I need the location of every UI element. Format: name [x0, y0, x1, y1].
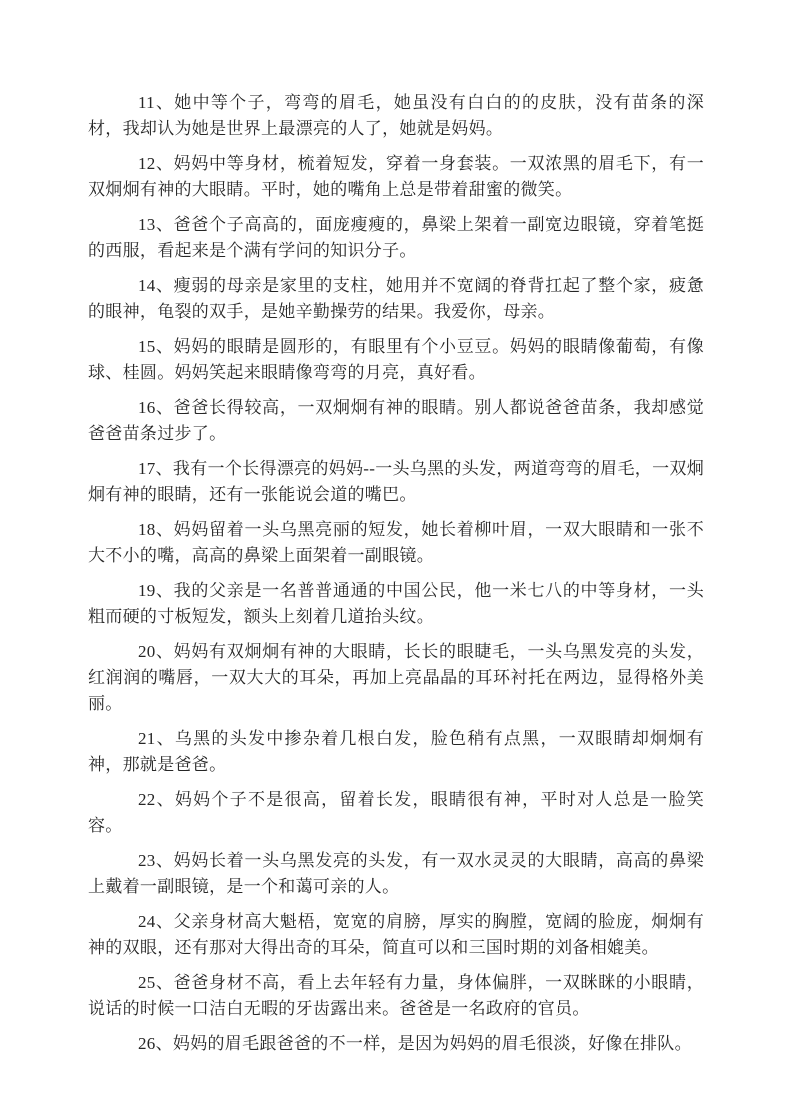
document-page: 11、她中等个子，弯弯的眉毛，她虽没有白白的的皮肤，没有苗条的深材，我却认为她是…	[0, 0, 792, 1120]
paragraph-11: 11、她中等个子，弯弯的眉毛，她虽没有白白的的皮肤，没有苗条的深材，我却认为她是…	[88, 90, 704, 142]
paragraph-26: 26、妈妈的眉毛跟爸爸的不一样，是因为妈妈的眉毛很淡，好像在排队。	[88, 1031, 704, 1057]
paragraph-20: 20、妈妈有双炯炯有神的大眼睛，长长的眼睫毛，一头乌黑发亮的头发，红润润的嘴唇，…	[88, 639, 704, 717]
paragraph-23: 23、妈妈长着一头乌黑发亮的头发，有一双水灵灵的大眼睛，高高的鼻梁上戴着一副眼镜…	[88, 848, 704, 900]
paragraph-22: 22、妈妈个子不是很高，留着长发，眼睛很有神，平时对人总是一脸笑容。	[88, 787, 704, 839]
paragraph-15: 15、妈妈的眼睛是圆形的，有眼里有个小豆豆。妈妈的眼睛像葡萄，有像球、桂圆。妈妈…	[88, 334, 704, 386]
paragraph-21: 21、乌黑的头发中掺杂着几根白发，脸色稍有点黑，一双眼睛却炯炯有神，那就是爸爸。	[88, 726, 704, 778]
paragraph-19: 19、我的父亲是一名普普通通的中国公民，他一米七八的中等身材，一头粗而硬的寸板短…	[88, 578, 704, 630]
paragraph-24: 24、父亲身材高大魁梧，宽宽的肩膀，厚实的胸膛，宽阔的脸庞，炯炯有神的双眼，还有…	[88, 909, 704, 961]
paragraph-25: 25、爸爸身材不高，看上去年轻有力量，身体偏胖，一双眯眯的小眼睛，说话的时候一口…	[88, 970, 704, 1022]
paragraph-12: 12、妈妈中等身材，梳着短发，穿着一身套装。一双浓黑的眉毛下，有一双炯炯有神的大…	[88, 151, 704, 203]
paragraph-17: 17、我有一个长得漂亮的妈妈--一头乌黑的头发，两道弯弯的眉毛，一双炯炯有神的眼…	[88, 456, 704, 508]
paragraph-16: 16、爸爸长得较高，一双炯炯有神的眼睛。别人都说爸爸苗条，我却感觉爸爸苗条过步了…	[88, 395, 704, 447]
paragraph-14: 14、瘦弱的母亲是家里的支柱，她用并不宽阔的脊背扛起了整个家，疲惫的眼神，龟裂的…	[88, 273, 704, 325]
paragraph-13: 13、爸爸个子高高的，面庞瘦瘦的，鼻梁上架着一副宽边眼镜，穿着笔挺的西服，看起来…	[88, 212, 704, 264]
paragraph-18: 18、妈妈留着一头乌黑亮丽的短发，她长着柳叶眉，一双大眼睛和一张不大不小的嘴，高…	[88, 517, 704, 569]
